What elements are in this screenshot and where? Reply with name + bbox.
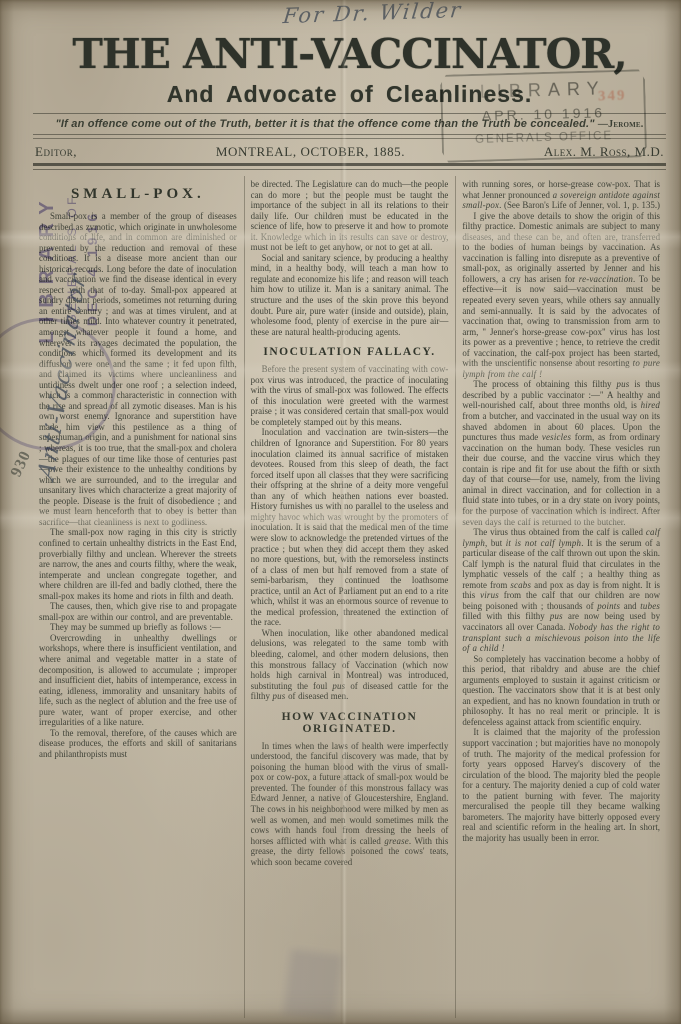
stamp-line: LIBRARY	[36, 112, 59, 424]
stamp-line: DEC 4 1916	[84, 112, 100, 424]
paragraph: So completely has vaccination become a h…	[462, 654, 660, 728]
page-title: THE ANTI-VACCINATOR,	[33, 34, 666, 75]
stamp-line: LIBRARY	[442, 77, 644, 104]
paragraph: The causes, then, which give rise to and…	[39, 601, 237, 622]
paragraph: They may be summed up briefly as follows…	[39, 622, 237, 633]
stamp-line: GENERALS OFFICE	[443, 129, 644, 147]
paragraph: In times when the laws of health were im…	[251, 741, 449, 868]
paragraph: The small-pox now raging in this city is…	[39, 527, 237, 601]
paragraph: To the removal, therefore, of the causes…	[39, 728, 237, 760]
paragraph: be directed. The Legislature can do much…	[251, 179, 449, 253]
library-date-stamp: LIBRARY APR. 10 1916 GENERALS OFFICE	[440, 69, 647, 163]
section-heading: INOCULATION FALLACY.	[251, 346, 449, 358]
article-body: SMALL-POX.Small-pox is a member of the g…	[33, 176, 667, 1018]
library-stamp-purple: LIBRARY V GENERAL'S OF DEC 4 1916	[36, 112, 128, 424]
paragraph: The process of obtaining this filthy pus…	[462, 379, 660, 527]
paragraph: with running sores, or horse-grease cow-…	[462, 179, 660, 211]
stamp-smudge	[283, 949, 343, 1021]
article-column-3: with running sores, or horse-grease cow-…	[455, 176, 667, 1018]
paragraph: It is claimed that the majority of the p…	[462, 727, 660, 843]
paragraph: Social and sanitary science, by producin…	[251, 253, 449, 337]
dateline-text: MONTREAL, OCTOBER, 1885.	[216, 144, 405, 160]
paragraph: I give the above details to show the ori…	[462, 211, 660, 380]
paragraph: Overcrowding in unhealthy dwellings or w…	[39, 633, 237, 728]
newspaper-page: For Dr. Wilder Anti-Vaccinator 930 349 L…	[0, 0, 681, 1024]
stamp-line: V GENERAL'S OF	[65, 112, 79, 424]
paragraph: When inoculation, like other abandoned m…	[251, 628, 449, 702]
paragraph: Inoculation and vaccination are twin-sis…	[251, 427, 449, 627]
section-heading: HOW VACCINATION ORIGINATED.	[251, 711, 449, 735]
stamp-line: APR. 10 1916	[443, 103, 644, 125]
paragraph: The virus thus obtained from the calf is…	[462, 527, 660, 654]
paragraph: Before the present system of vaccinating…	[251, 364, 449, 427]
handwritten-margin-number: 930	[8, 448, 36, 480]
article-column-2: be directed. The Legislature can do much…	[244, 176, 456, 1018]
